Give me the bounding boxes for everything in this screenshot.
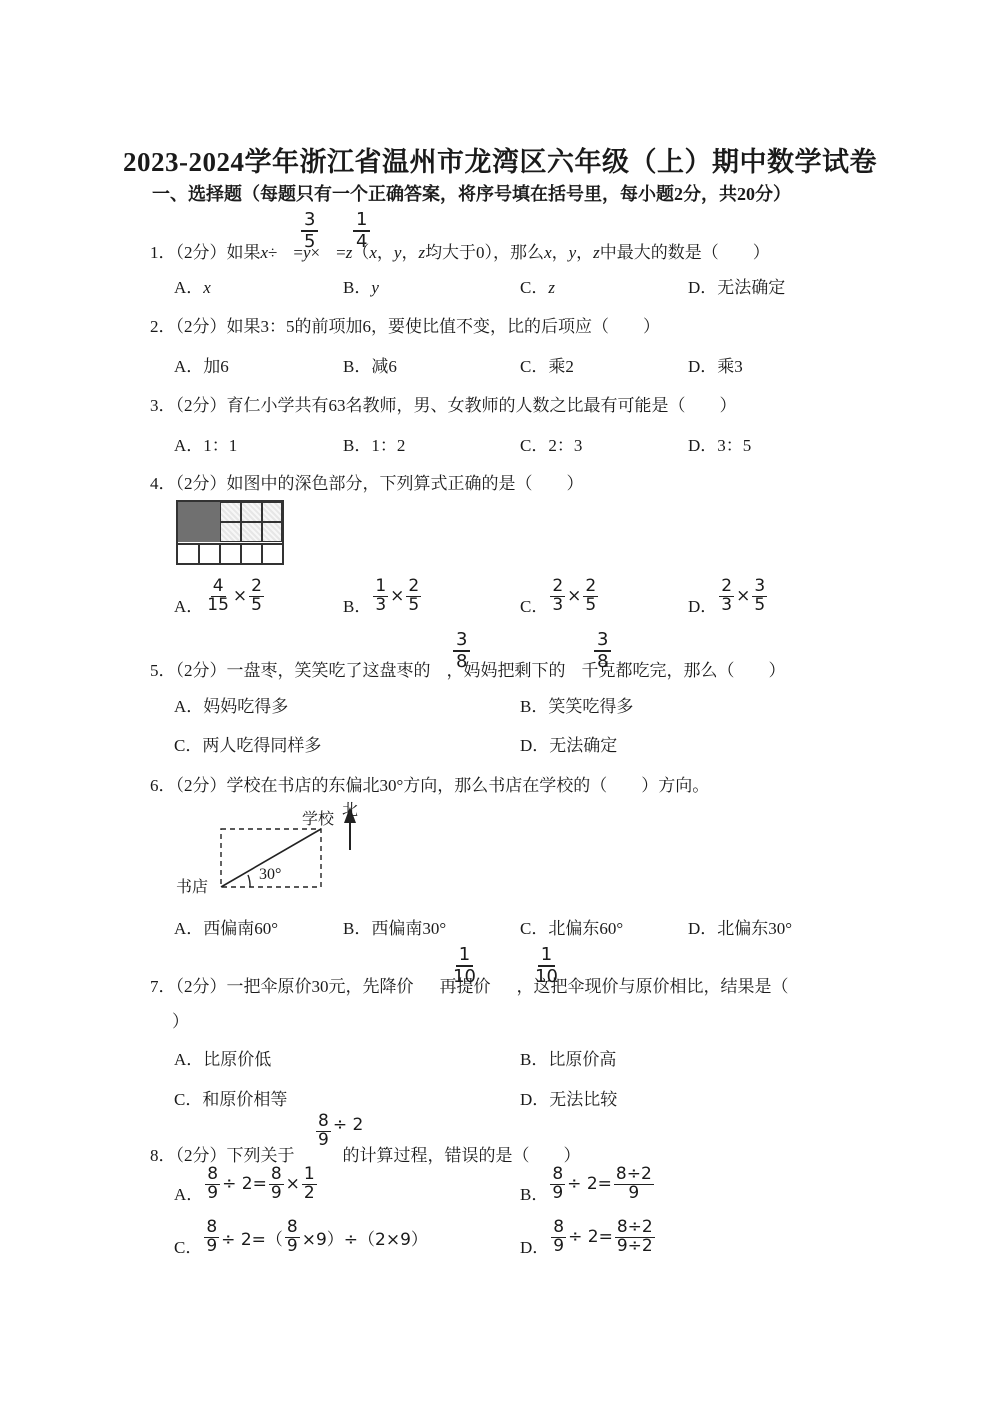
option-1c[interactable]: C．z xyxy=(520,273,555,298)
question-text: 6．（2分）学校在书店的东偏北30°方向，那么书店在学校的（ ）方向。 xyxy=(150,771,709,796)
hatched-cell xyxy=(241,522,262,542)
option-8d[interactable]: D． 89 ÷ 2= 8÷29÷2 xyxy=(520,1219,657,1256)
empty-cell xyxy=(220,543,241,563)
question-text: 1．（2分）如果x÷=y×=z（x，y，z均大于0），那么x，y，z中最大的数是… xyxy=(150,238,770,263)
option-2a[interactable]: A．加6 xyxy=(174,352,229,377)
option-4d[interactable]: D． 23 × 35 xyxy=(688,578,769,615)
label-north: 北 xyxy=(342,797,358,820)
option-5d[interactable]: D．无法确定 xyxy=(520,731,617,756)
option-1a[interactable]: A．x xyxy=(174,273,211,298)
option-6b[interactable]: B．西偏南30° xyxy=(343,914,446,939)
option-4c[interactable]: C． 23 × 25 xyxy=(520,578,600,615)
option-2b[interactable]: B．减6 xyxy=(343,352,397,377)
option-6c[interactable]: C．北偏东60° xyxy=(520,914,623,939)
option-3c[interactable]: C．2：3 xyxy=(520,431,582,456)
option-5b[interactable]: B．笑笑吃得多 xyxy=(520,692,633,717)
empty-cell xyxy=(262,543,282,563)
option-4b[interactable]: B． 13 × 25 xyxy=(343,578,423,615)
option-8c[interactable]: C． 89 ÷ 2=（ 89 ×9）÷（2×9） xyxy=(174,1219,428,1256)
question-text: 4．（2分）如图中的深色部分，下列算式正确的是（ ） xyxy=(150,469,584,494)
option-3a[interactable]: A．1：1 xyxy=(174,431,237,456)
hatched-cell xyxy=(262,502,282,522)
option-8a[interactable]: A． 89 ÷ 2= 89 × 12 xyxy=(174,1166,319,1203)
hatched-cell xyxy=(241,502,262,522)
label-angle: 30° xyxy=(259,866,281,884)
hatched-cell xyxy=(262,522,282,542)
question-text: 7．（2分）一把伞原价30元，先降价再提价，这把伞现价与原价相比，结果是（ xyxy=(150,972,789,997)
fraction-grid-figure xyxy=(176,500,284,565)
label-bookstore: 书店 xyxy=(176,874,208,897)
label-school: 学校 xyxy=(302,806,334,829)
option-8b[interactable]: B． 89 ÷ 2= 8÷29 xyxy=(520,1166,656,1203)
empty-cell xyxy=(178,543,199,563)
option-7c[interactable]: C．和原价相等 xyxy=(174,1085,287,1110)
section-heading: 一、选择题（每题只有一个正确答案，将序号填在括号里，每小题2分，共20分） xyxy=(152,180,791,206)
question-text: 2．（2分）如果3：5的前项加6，要使比值不变，比的后项应（ ） xyxy=(150,312,660,337)
option-7b[interactable]: B．比原价高 xyxy=(520,1045,616,1070)
question-text: 5．（2分）一盘枣，笑笑吃了这盘枣的，妈妈把剩下的千克都吃完，那么（ ） xyxy=(150,656,786,681)
hatched-cell xyxy=(220,502,241,522)
empty-cell xyxy=(241,543,262,563)
dark-region xyxy=(178,502,220,542)
option-7a[interactable]: A．比原价低 xyxy=(174,1045,271,1070)
option-5c[interactable]: C．两人吃得同样多 xyxy=(174,731,321,756)
option-3b[interactable]: B．1：2 xyxy=(343,431,405,456)
option-1d[interactable]: D．无法确定 xyxy=(688,273,785,298)
exam-title: 2023-2024学年浙江省温州市龙湾区六年级（上）期中数学试卷 xyxy=(0,140,1000,179)
option-5a[interactable]: A．妈妈吃得多 xyxy=(174,692,288,717)
question-text-cont: ） xyxy=(172,1007,189,1032)
question-text: 8．（2分）下列关于的计算过程，错误的是（ ） xyxy=(150,1141,581,1166)
hatched-cell xyxy=(220,522,241,542)
option-4a[interactable]: A． 415 × 25 xyxy=(174,578,266,615)
option-1b[interactable]: B．y xyxy=(343,273,379,298)
option-7d[interactable]: D．无法比较 xyxy=(520,1085,617,1110)
question-text: 3．（2分）育仁小学共有63名教师，男、女教师的人数之比最有可能是（ ） xyxy=(150,391,737,416)
empty-cell xyxy=(199,543,220,563)
option-2d[interactable]: D．乘3 xyxy=(688,352,743,377)
option-6a[interactable]: A．西偏南60° xyxy=(174,914,278,939)
option-3d[interactable]: D．3：5 xyxy=(688,431,751,456)
option-2c[interactable]: C．乘2 xyxy=(520,352,574,377)
option-6d[interactable]: D．北偏东30° xyxy=(688,914,792,939)
